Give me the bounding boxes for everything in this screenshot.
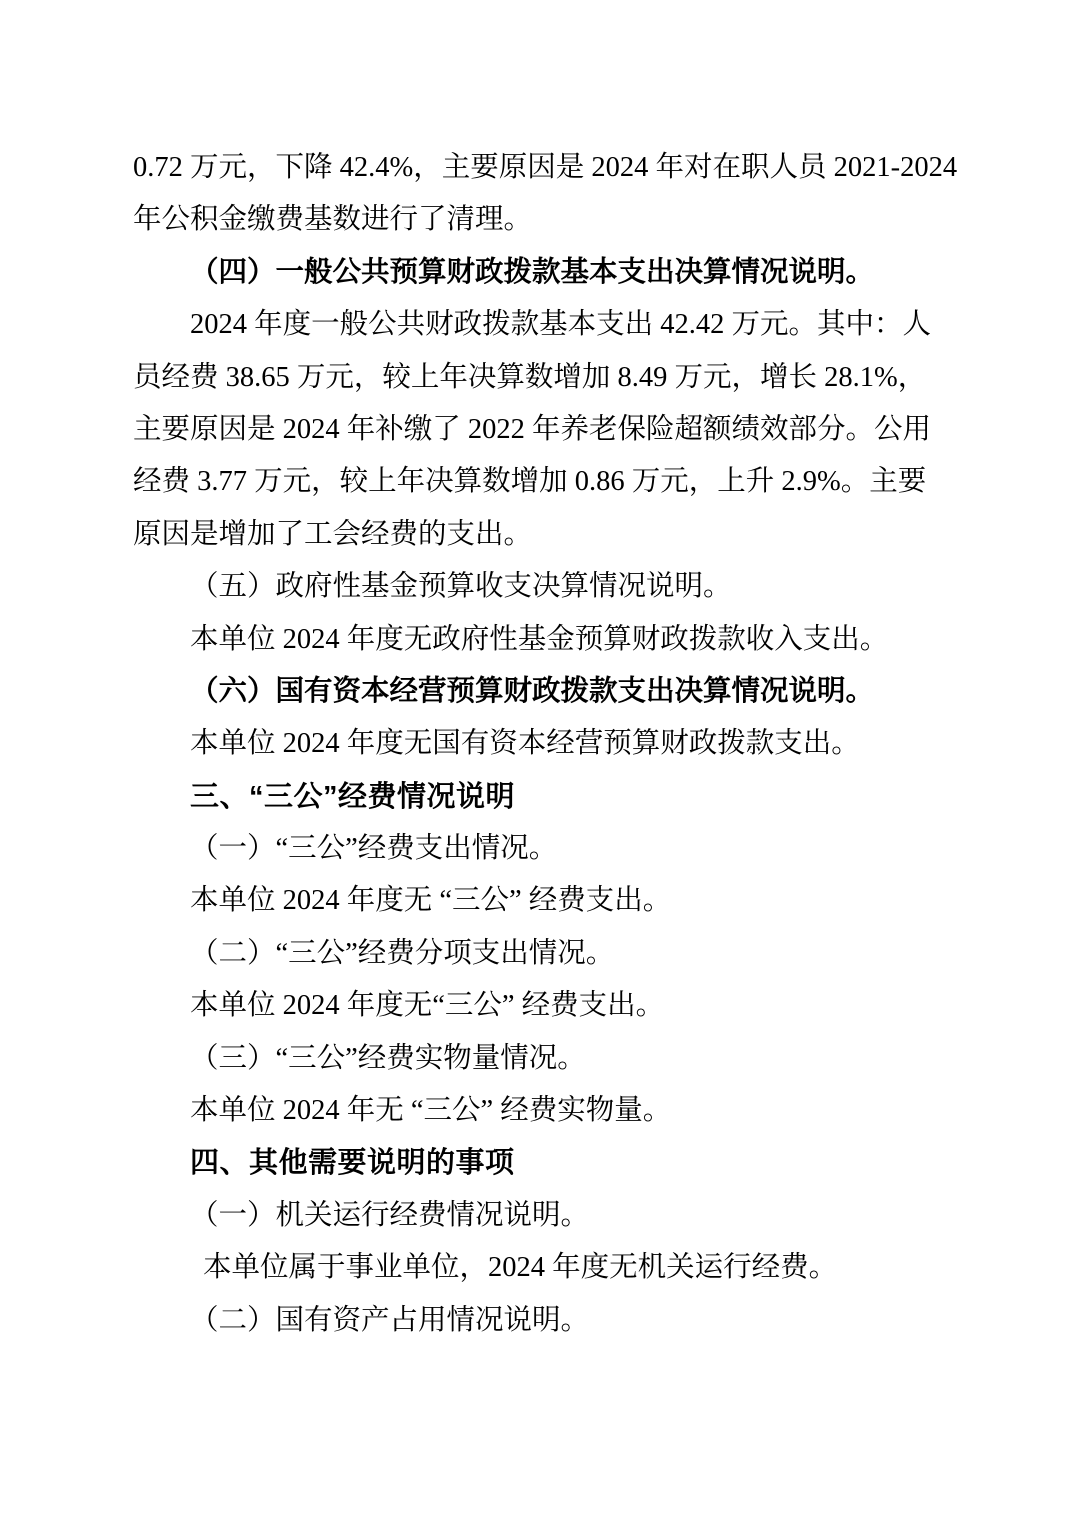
paragraph-line: 本单位 2024 年度无“三公” 经费支出。 bbox=[133, 980, 933, 1032]
subsection-heading-5: （五）政府性基金预算收支决算情况说明。 bbox=[133, 561, 933, 613]
subsection-heading-6: （六）国有资本经营预算财政拨款支出决算情况说明。 bbox=[133, 666, 933, 718]
paragraph-line: 年公积金缴费基数进行了清理。 bbox=[133, 194, 933, 246]
section-heading-3: 三、“三公”经费情况说明 bbox=[133, 771, 933, 823]
document-page: { "page": { "background_color": "#ffffff… bbox=[0, 0, 1074, 1520]
paragraph-line: 原因是增加了工会经费的支出。 bbox=[133, 509, 933, 561]
paragraph-line: 2024 年度一般公共财政拨款基本支出 42.42 万元。其中：人 bbox=[133, 299, 933, 351]
paragraph-line: 0.72 万元，下降 42.4%，主要原因是 2024 年对在职人员 2021-… bbox=[133, 142, 933, 194]
document-body: 0.72 万元，下降 42.4%，主要原因是 2024 年对在职人员 2021-… bbox=[133, 142, 933, 1347]
subsection-heading-4: （四）一般公共预算财政拨款基本支出决算情况说明。 bbox=[133, 247, 933, 299]
subsection-heading-3-2: （二）“三公”经费分项支出情况。 bbox=[133, 928, 933, 980]
section-heading-4: 四、其他需要说明的事项 bbox=[133, 1137, 933, 1189]
paragraph-line: 本单位 2024 年度无 “三公” 经费支出。 bbox=[133, 875, 933, 927]
paragraph-line: 主要原因是 2024 年补缴了 2022 年养老保险超额绩效部分。公用 bbox=[133, 404, 933, 456]
subsection-heading-4-1: （一）机关运行经费情况说明。 bbox=[133, 1190, 933, 1242]
paragraph-line: 本单位 2024 年无 “三公” 经费实物量。 bbox=[133, 1085, 933, 1137]
paragraph-line: 员经费 38.65 万元，较上年决算数增加 8.49 万元，增长 28.1%， bbox=[133, 352, 933, 404]
subsection-heading-3-1: （一）“三公”经费支出情况。 bbox=[133, 823, 933, 875]
paragraph-line: 本单位属于事业单位，2024 年度无机关运行经费。 bbox=[133, 1242, 933, 1294]
paragraph-line: 经费 3.77 万元，较上年决算数增加 0.86 万元，上升 2.9%。主要 bbox=[133, 456, 933, 508]
subsection-heading-4-2: （二）国有资产占用情况说明。 bbox=[133, 1295, 933, 1347]
subsection-heading-3-3: （三）“三公”经费实物量情况。 bbox=[133, 1033, 933, 1085]
paragraph-line: 本单位 2024 年度无国有资本经营预算财政拨款支出。 bbox=[133, 718, 933, 770]
paragraph-line: 本单位 2024 年度无政府性基金预算财政拨款收入支出。 bbox=[133, 614, 933, 666]
